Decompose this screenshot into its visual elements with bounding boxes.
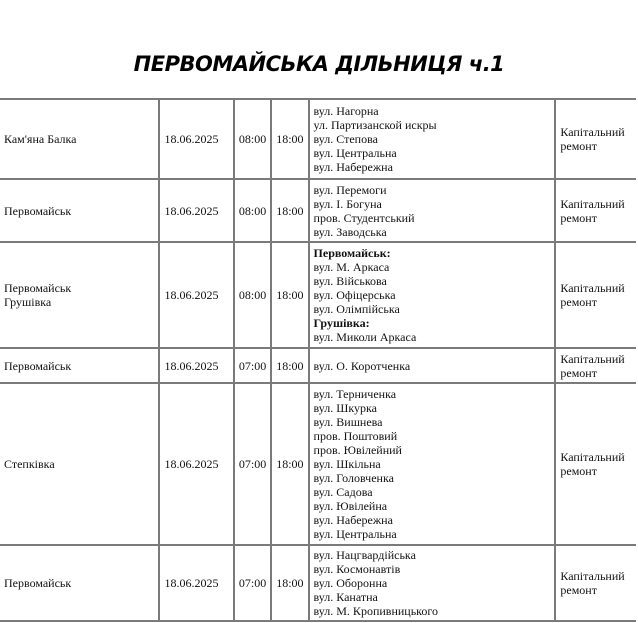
location-name: Первомайськ: [4, 281, 154, 295]
street-name: вул. Набережна: [314, 160, 551, 174]
street-name: вул. Олімпійська: [314, 302, 551, 316]
streets-cell: вул. Перемогивул. І. Богунапров. Студент…: [309, 179, 556, 242]
table-row: Первомайськ18.06.202507:0018:00вул. Нацг…: [0, 545, 636, 621]
location-name: Первомайськ: [4, 576, 154, 590]
streets-cell: вул. Терниченкавул. Шкуркавул. Вишневапр…: [309, 383, 556, 545]
work-type-cell: Капітальний ремонт: [555, 179, 636, 242]
settlement-heading: Грушівка:: [314, 316, 551, 330]
street-name: вул. М. Кропивницького: [314, 604, 551, 618]
streets-cell: вул. Нагорнаул. Партизанской искрывул. С…: [309, 99, 556, 179]
street-name: пров. Ювілейний: [314, 443, 551, 457]
street-name: вул. Головченка: [314, 471, 551, 485]
location-name: Кам'яна Балка: [4, 132, 154, 146]
page-title: ПЕРВОМАЙСЬКА ДІЛЬНИЦЯ ч.1: [0, 52, 638, 76]
table-row: ПервомайськГрушівка18.06.202508:0018:00П…: [0, 242, 636, 348]
street-name: вул. М. Аркаса: [314, 260, 551, 274]
street-name: пров. Поштовий: [314, 429, 551, 443]
start-time-cell: 07:00: [234, 545, 271, 621]
location-name: Первомайськ: [4, 359, 154, 373]
street-name: вул. Ювілейна: [314, 499, 551, 513]
street-name: вул. Канатна: [314, 590, 551, 604]
work-type-cell: Капітальний ремонт: [555, 242, 636, 348]
street-name: вул. Нацгвардійська: [314, 548, 551, 562]
location-cell: ПервомайськГрушівка: [0, 242, 159, 348]
location-cell: Первомайськ: [0, 179, 159, 242]
street-name: вул. Нагорна: [314, 104, 551, 118]
streets-cell: Первомайськ:вул. М. Аркасавул. Військова…: [309, 242, 556, 348]
street-name: вул. Космонавтів: [314, 562, 551, 576]
location-cell: Первомайськ: [0, 545, 159, 621]
end-time-cell: 18:00: [271, 99, 308, 179]
street-name: пров. Студентський: [314, 211, 551, 225]
street-name: вул. Заводська: [314, 225, 551, 239]
location-cell: Кам'яна Балка: [0, 99, 159, 179]
street-name: вул. Шкурка: [314, 401, 551, 415]
table-row: Степківка18.06.202507:0018:00вул. Тернич…: [0, 383, 636, 545]
street-name: вул. Набережна: [314, 513, 551, 527]
date-cell: 18.06.2025: [159, 348, 233, 383]
street-name: вул. Терниченка: [314, 387, 551, 401]
work-type-cell: Капітальний ремонт: [555, 545, 636, 621]
date-cell: 18.06.2025: [159, 383, 233, 545]
street-name: вул. Степова: [314, 132, 551, 146]
street-name: ул. Партизанской искры: [314, 118, 551, 132]
work-type-cell: Капітальний ремонт: [555, 348, 636, 383]
street-name: вул. Офіцерська: [314, 288, 551, 302]
table-row: Первомайськ18.06.202508:0018:00вул. Пере…: [0, 179, 636, 242]
street-name: вул. Садова: [314, 485, 551, 499]
street-name: вул. О. Коротченка: [314, 359, 551, 373]
street-name: вул. Центральна: [314, 146, 551, 160]
end-time-cell: 18:00: [271, 383, 308, 545]
date-cell: 18.06.2025: [159, 545, 233, 621]
location-cell: Первомайськ: [0, 348, 159, 383]
location-name: Первомайськ: [4, 204, 154, 218]
street-name: вул. І. Богуна: [314, 197, 551, 211]
start-time-cell: 08:00: [234, 242, 271, 348]
end-time-cell: 18:00: [271, 545, 308, 621]
table-body: Кам'яна Балка18.06.202508:0018:00вул. На…: [0, 99, 636, 621]
location-name: Степківка: [4, 457, 154, 471]
work-type-cell: Капітальний ремонт: [555, 383, 636, 545]
work-type-cell: Капітальний ремонт: [555, 99, 636, 179]
streets-cell: вул. Нацгвардійськавул. Космонавтіввул. …: [309, 545, 556, 621]
settlement-heading: Первомайськ:: [314, 246, 551, 260]
date-cell: 18.06.2025: [159, 179, 233, 242]
street-name: вул. Шкільна: [314, 457, 551, 471]
street-name: вул. Перемоги: [314, 183, 551, 197]
start-time-cell: 07:00: [234, 383, 271, 545]
start-time-cell: 08:00: [234, 179, 271, 242]
streets-cell: вул. О. Коротченка: [309, 348, 556, 383]
street-name: вул. Вишнева: [314, 415, 551, 429]
location-name: Грушівка: [4, 295, 154, 309]
street-name: вул. Миколи Аркаса: [314, 330, 551, 344]
date-cell: 18.06.2025: [159, 242, 233, 348]
location-cell: Степківка: [0, 383, 159, 545]
table-row: Первомайськ18.06.202507:0018:00вул. О. К…: [0, 348, 636, 383]
street-name: вул. Оборонна: [314, 576, 551, 590]
date-cell: 18.06.2025: [159, 99, 233, 179]
table-row: Кам'яна Балка18.06.202508:0018:00вул. На…: [0, 99, 636, 179]
end-time-cell: 18:00: [271, 242, 308, 348]
start-time-cell: 07:00: [234, 348, 271, 383]
end-time-cell: 18:00: [271, 179, 308, 242]
street-name: вул. Військова: [314, 274, 551, 288]
street-name: вул. Центральна: [314, 527, 551, 541]
end-time-cell: 18:00: [271, 348, 308, 383]
outage-schedule-table: Кам'яна Балка18.06.202508:0018:00вул. На…: [0, 98, 636, 622]
start-time-cell: 08:00: [234, 99, 271, 179]
